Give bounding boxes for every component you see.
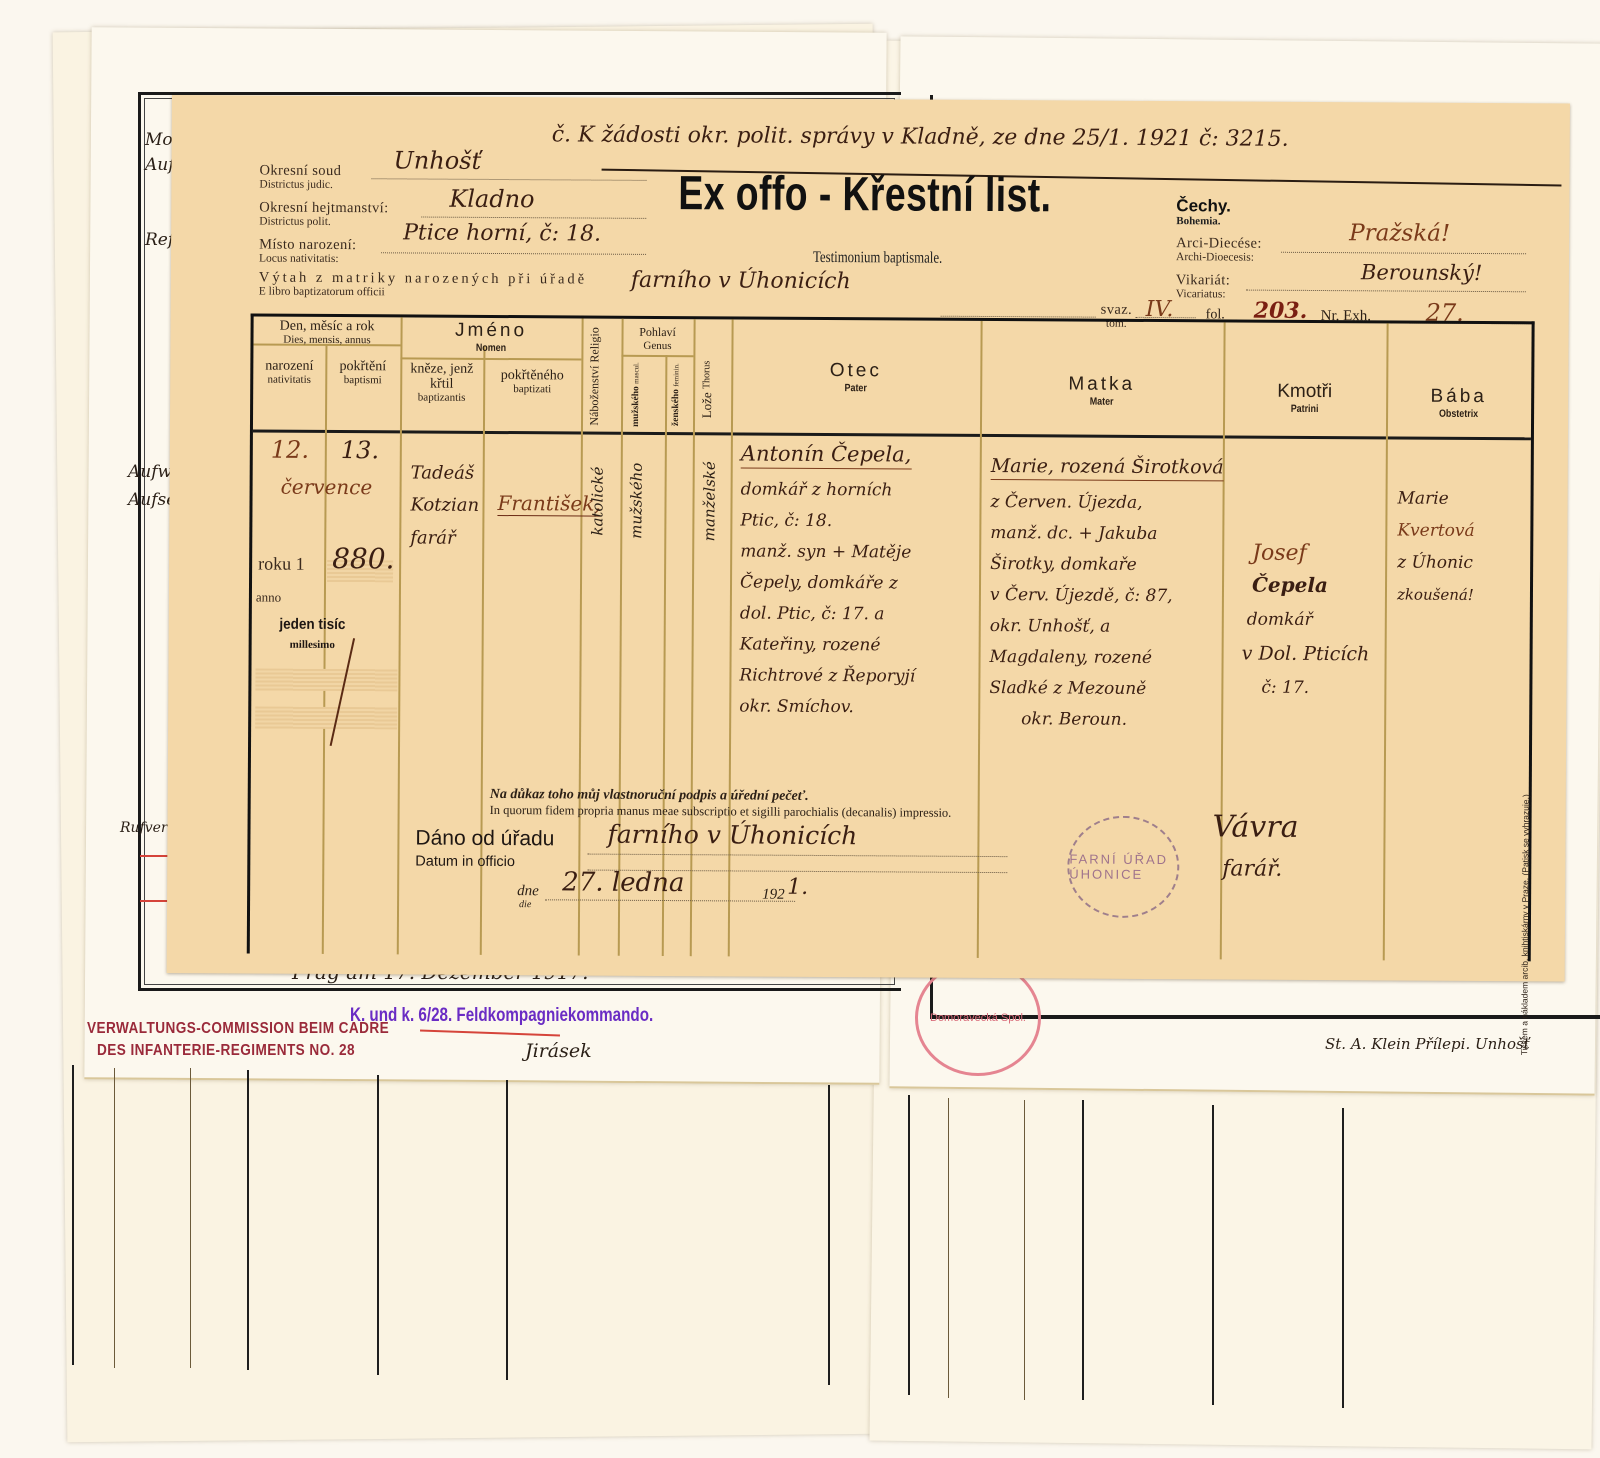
header-midwife: Bába Obstetrix (1386, 385, 1531, 420)
field-birthplace: Místo narození: Locus nativitatis: (259, 238, 357, 266)
year-handwritten: 1. (787, 875, 808, 900)
priest-signature: Vávra (1212, 809, 1298, 845)
header-subrule (400, 357, 581, 360)
given-by-latin: Datum in officio (415, 854, 515, 871)
male-value: mužského (627, 441, 646, 561)
father-line: Richtrové z Řeporyjí (739, 660, 915, 692)
column-divider (618, 319, 623, 956)
ruled-line (828, 1085, 830, 1385)
ruled-line (908, 1095, 910, 1395)
midwife-line: Kvertová (1397, 515, 1474, 546)
anno-label: anno (256, 582, 281, 613)
mother-line: Marie, rozená Širotková (991, 453, 1224, 481)
father-line: Kateřiny, rozené (740, 629, 881, 661)
century-stripe (255, 669, 397, 692)
father-line: dol. Ptic, č: 17. a (740, 598, 885, 630)
ruled-line (506, 1080, 508, 1380)
header-sex-group: Pohlaví Genus (621, 325, 693, 352)
mother-line: manž. dc. + Jakuba (990, 518, 1157, 550)
header-subrule (621, 355, 693, 357)
vicariate-value: Berounský! (1361, 260, 1483, 285)
register-office-value: farního v Úhonicích (631, 268, 851, 294)
ruled-line (1024, 1100, 1025, 1400)
baptism-day: 13. (341, 435, 379, 466)
religion-value: katolické (588, 441, 607, 561)
decade-stripe (255, 707, 397, 730)
header-rule (253, 430, 1531, 440)
document-title: Ex offo - Křestní list. (678, 166, 1051, 223)
header-male: mužského mascul. (631, 361, 641, 429)
parish-seal: FARNÍ ÚŘAD ÚHONICE (1067, 815, 1180, 918)
header-bed: Lože Thorus (699, 349, 715, 429)
given-by-value: farního v Úhonicích (607, 820, 857, 851)
midwife-line: z Úhonic (1397, 547, 1473, 578)
ruled-line (72, 1065, 74, 1365)
baptism-certificate: č. K žádosti okr. polit. správy v Kladně… (167, 95, 1570, 982)
father-line: Čepely, domkáře z (740, 567, 898, 599)
header-baptism: pokřtění baptismi (325, 359, 400, 386)
attestation-latin: In quorum fidem propria manus meae subsc… (490, 803, 952, 821)
godparent-line: Čepela (1252, 570, 1328, 601)
red-stamp-line1: VERWALTUNGS-COMMISSION BEIM CADRE (87, 1020, 389, 1038)
field-district-court: Okresní soud Districtus judic. (259, 164, 341, 191)
margin-note: Rufver (120, 820, 168, 836)
header-father: Otec Pater (731, 359, 980, 395)
archdiocese-value: Pražská! (1349, 220, 1450, 247)
header-date-group: Den, měsíc a rok Dies, mensis, annus (253, 319, 400, 347)
header-birth: narození nativitatis (253, 359, 325, 386)
godparent-line: v Dol. Pticích (1242, 639, 1370, 671)
attestation-text: Na důkaz toho můj vlastnoruční podpis a … (490, 787, 809, 805)
dotted-line (1246, 290, 1526, 293)
father-line: Ptic, č: 18. (740, 505, 832, 537)
purple-stamp: K. und k. 6/28. Feldkompagniekommando. (350, 1005, 653, 1027)
dotted-line (421, 217, 646, 219)
issue-date-value: 27. ledna (562, 867, 684, 898)
godparent-line: č: 17. (1261, 673, 1309, 704)
date-label: dne (517, 883, 539, 900)
left-signature: Jirásek (525, 1040, 592, 1062)
mother-line: Širotky, domkaře (990, 549, 1137, 581)
ruled-line (247, 1070, 249, 1370)
ruled-line (190, 1068, 191, 1368)
priest-line: farář (410, 522, 456, 553)
column-divider (690, 319, 695, 956)
header-godparents: Kmotři Patrini (1223, 380, 1386, 415)
document-subtitle: Testimonium baptismale. (813, 249, 942, 268)
child-name: František, (497, 491, 600, 517)
given-by-label: Dáno od úřadu (415, 827, 554, 852)
midwife-line: zkoušená! (1397, 579, 1474, 610)
header-name-group: Jméno Nomen (400, 319, 581, 354)
birth-day: 12. (271, 435, 309, 466)
mother-line: okr. Unhošť, a (990, 611, 1111, 643)
mother-line: z Červen. Újezda, (990, 487, 1142, 519)
priest-line: Tadeáš (411, 457, 475, 488)
dotted-line (1281, 252, 1526, 254)
birth-month: července (281, 472, 373, 504)
region-label: Čechy. (1176, 196, 1231, 216)
dotted-line (371, 178, 646, 181)
field-vicariate: Vikariát: Vicariatus: (1176, 273, 1230, 300)
political-district-value: Kladno (449, 185, 534, 214)
column-divider (977, 321, 982, 958)
printer-note: Tiskem a nákladem arcib. knihtiskárny v … (1519, 794, 1531, 1055)
ruled-line (1082, 1100, 1084, 1400)
year-printed: 192 (762, 887, 785, 904)
date-label-latin: die (519, 899, 531, 910)
priest-title: farář. (1222, 856, 1282, 881)
ruled-line (114, 1068, 115, 1368)
year-label: roku 1 (258, 549, 305, 580)
ruled-line (948, 1098, 949, 1398)
header-religion: Náboženství Religio (587, 327, 603, 427)
field-register-extract: Výtah z matriky narozených při úřadě E l… (259, 271, 587, 300)
column-divider (397, 317, 402, 954)
godparent-line: Josef (1252, 538, 1307, 569)
mother-line: v Červ. Újezdě, č: 87, (990, 580, 1173, 612)
header-child: pokřtěného baptizati (483, 368, 581, 396)
mother-line: okr. Beroun. (1021, 704, 1127, 736)
region-latin: Bohemia. (1176, 215, 1220, 227)
mother-line: Sladké z Mezouně (989, 673, 1146, 705)
column-divider (728, 319, 733, 956)
ruled-line (377, 1075, 379, 1375)
priest-line: Kotzian (410, 489, 479, 520)
millennium-latin: millesimo (290, 630, 335, 661)
field-political-district: Okresní hejtmanství: Districtus polit. (259, 201, 388, 229)
father-line: Antonín Čepela, (741, 439, 912, 469)
father-line: okr. Smíchov. (739, 691, 854, 723)
legitimacy-value: manželské (700, 441, 719, 561)
birthplace-value: Ptice horní, č: 18. (403, 220, 601, 246)
header-mother: Matka Mater (980, 373, 1223, 408)
district-court-value: Unhošť (394, 146, 482, 175)
father-line: domkář z horních (741, 474, 893, 506)
column-divider (662, 355, 667, 956)
year-value: 880. (332, 543, 395, 574)
midwife-line: Marie (1397, 483, 1448, 514)
dotted-line (381, 252, 646, 255)
red-stamp-line2: DES INFANTERIE-REGIMENTS NO. 28 (97, 1042, 355, 1060)
header-priest: kněze, jenž křtil baptizantis (400, 361, 483, 404)
ruled-line (1342, 1108, 1344, 1408)
field-archdiocese: Arci-Diecése: Archi-Dioecesis: (1176, 236, 1262, 264)
father-line: manž. syn + Matěje (740, 536, 911, 568)
right-page-note: St. A. Klein Přílepi. Unhošť (1325, 1035, 1530, 1053)
header-female: ženského feminin. (671, 361, 681, 429)
column-divider (578, 319, 583, 956)
top-handwritten-note: č. K žádosti okr. polit. správy v Kladně… (552, 122, 1289, 152)
godparent-line: domkář (1247, 605, 1313, 636)
ruled-line (1212, 1105, 1214, 1405)
mother-line: Magdaleny, rozené (989, 642, 1152, 674)
